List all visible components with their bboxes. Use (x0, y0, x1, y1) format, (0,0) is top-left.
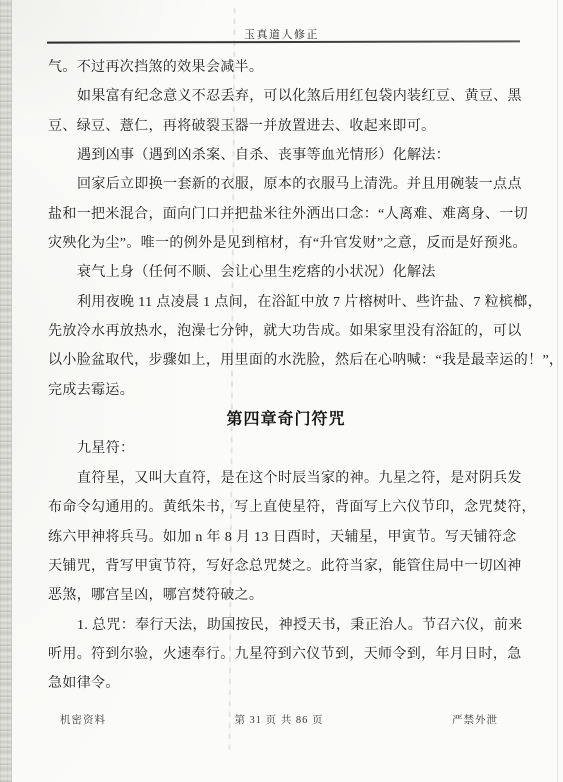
text-line: 先放冷水再放热水，泡澡七分钟，就大功告成。如果家里没有浴缸的，可以 (48, 317, 524, 346)
text-line: 九星符： (48, 434, 524, 463)
text-line: 气。不过再次挡煞的效果会减半。 (48, 53, 524, 82)
footer-classification: 机密资料 (48, 712, 234, 727)
text-line: 回家后立即换一套新的衣服，原本的衣服马上清洗。并且用碗装一点点 (48, 170, 524, 199)
text-line: 衰气上身（任何不顺、会让心里生疙瘩的小状况）化解法 (48, 258, 524, 287)
text-line: 以小脸盆取代，步骤如上，用里面的水洗脸，然后在心呐喊：“我是最幸运的！”， (48, 346, 524, 375)
scanned-document-page: 玉真道人修正 气。不过再次挡煞的效果会减半。如果富有纪念意义不忍丢弃，可以化煞后… (0, 0, 563, 782)
text-line: 如果富有纪念意义不忍丢弃，可以化煞后用红包袋内装红豆、黄豆、黑 (48, 82, 524, 111)
text-line: 恶煞，哪宫呈凶，哪宫焚符破之。 (48, 581, 524, 610)
text-line: 利用夜晚 11 点凌晨 1 点间，在浴缸中放 7 片榕树叶、些许盐、7 粒槟榔， (48, 288, 524, 317)
text-line: 豆、绿豆、薏仁，再将破裂玉器一并放置进去、收起来即可。 (48, 112, 524, 141)
text-line: 听用。符到尔验，火速奉行。九星符到六仪节到，天师令到，年月日时，急 (48, 640, 524, 669)
header-rule (47, 40, 520, 43)
text-line: 练六甲神将兵马。如加 n 年 8 月 13 日酉时，天辅星，甲寅节。写天铺符念 (48, 523, 524, 552)
scan-edge-texture (0, 0, 12, 782)
text-line: 布命令勾通用的。黄纸朱书，写上直使星符，背面写上六仪节印，念咒焚符， (48, 493, 524, 522)
header-title: 玉真道人修正 (244, 29, 319, 41)
chapter-heading: 第四章奇门符咒 (48, 405, 524, 434)
footer-warning: 严禁外泄 (324, 712, 522, 727)
page-right-edge (557, 0, 558, 782)
text-line: 灾殃化为尘”。唯一的例外是见到棺材，有“升官发财”之意，反而是好预兆。 (48, 229, 524, 258)
text-line: 天铺咒，背写甲寅节符，写好念总咒焚之。此符当家，能管住局中一切凶神 (48, 552, 524, 581)
text-line: 1. 总咒：奉行天法，助国按民，神授天书，秉正治人。节召六仪，前来 (48, 611, 524, 640)
text-line: 直符星，又叫大直符，是在这个时辰当家的神。九星之符，是对阴兵发 (48, 464, 524, 493)
text-line: 完成去霉运。 (48, 376, 524, 405)
text-line: 遇到凶事（遇到凶杀案、自杀、丧事等血光情形）化解法： (48, 141, 524, 170)
page-footer: 机密资料 第 31 页 共 86 页 严禁外泄 (48, 712, 522, 727)
text-line: 盐和一把米混合，面向门口并把盐米往外洒出口念：“人离难、难离身、一切 (48, 200, 524, 229)
footer-page-number: 第 31 页 共 86 页 (234, 712, 323, 727)
document-body: 气。不过再次挡煞的效果会减半。如果富有纪念意义不忍丢弃，可以化煞后用红包袋内装红… (48, 53, 524, 699)
text-line: 急如律令。 (48, 669, 524, 698)
